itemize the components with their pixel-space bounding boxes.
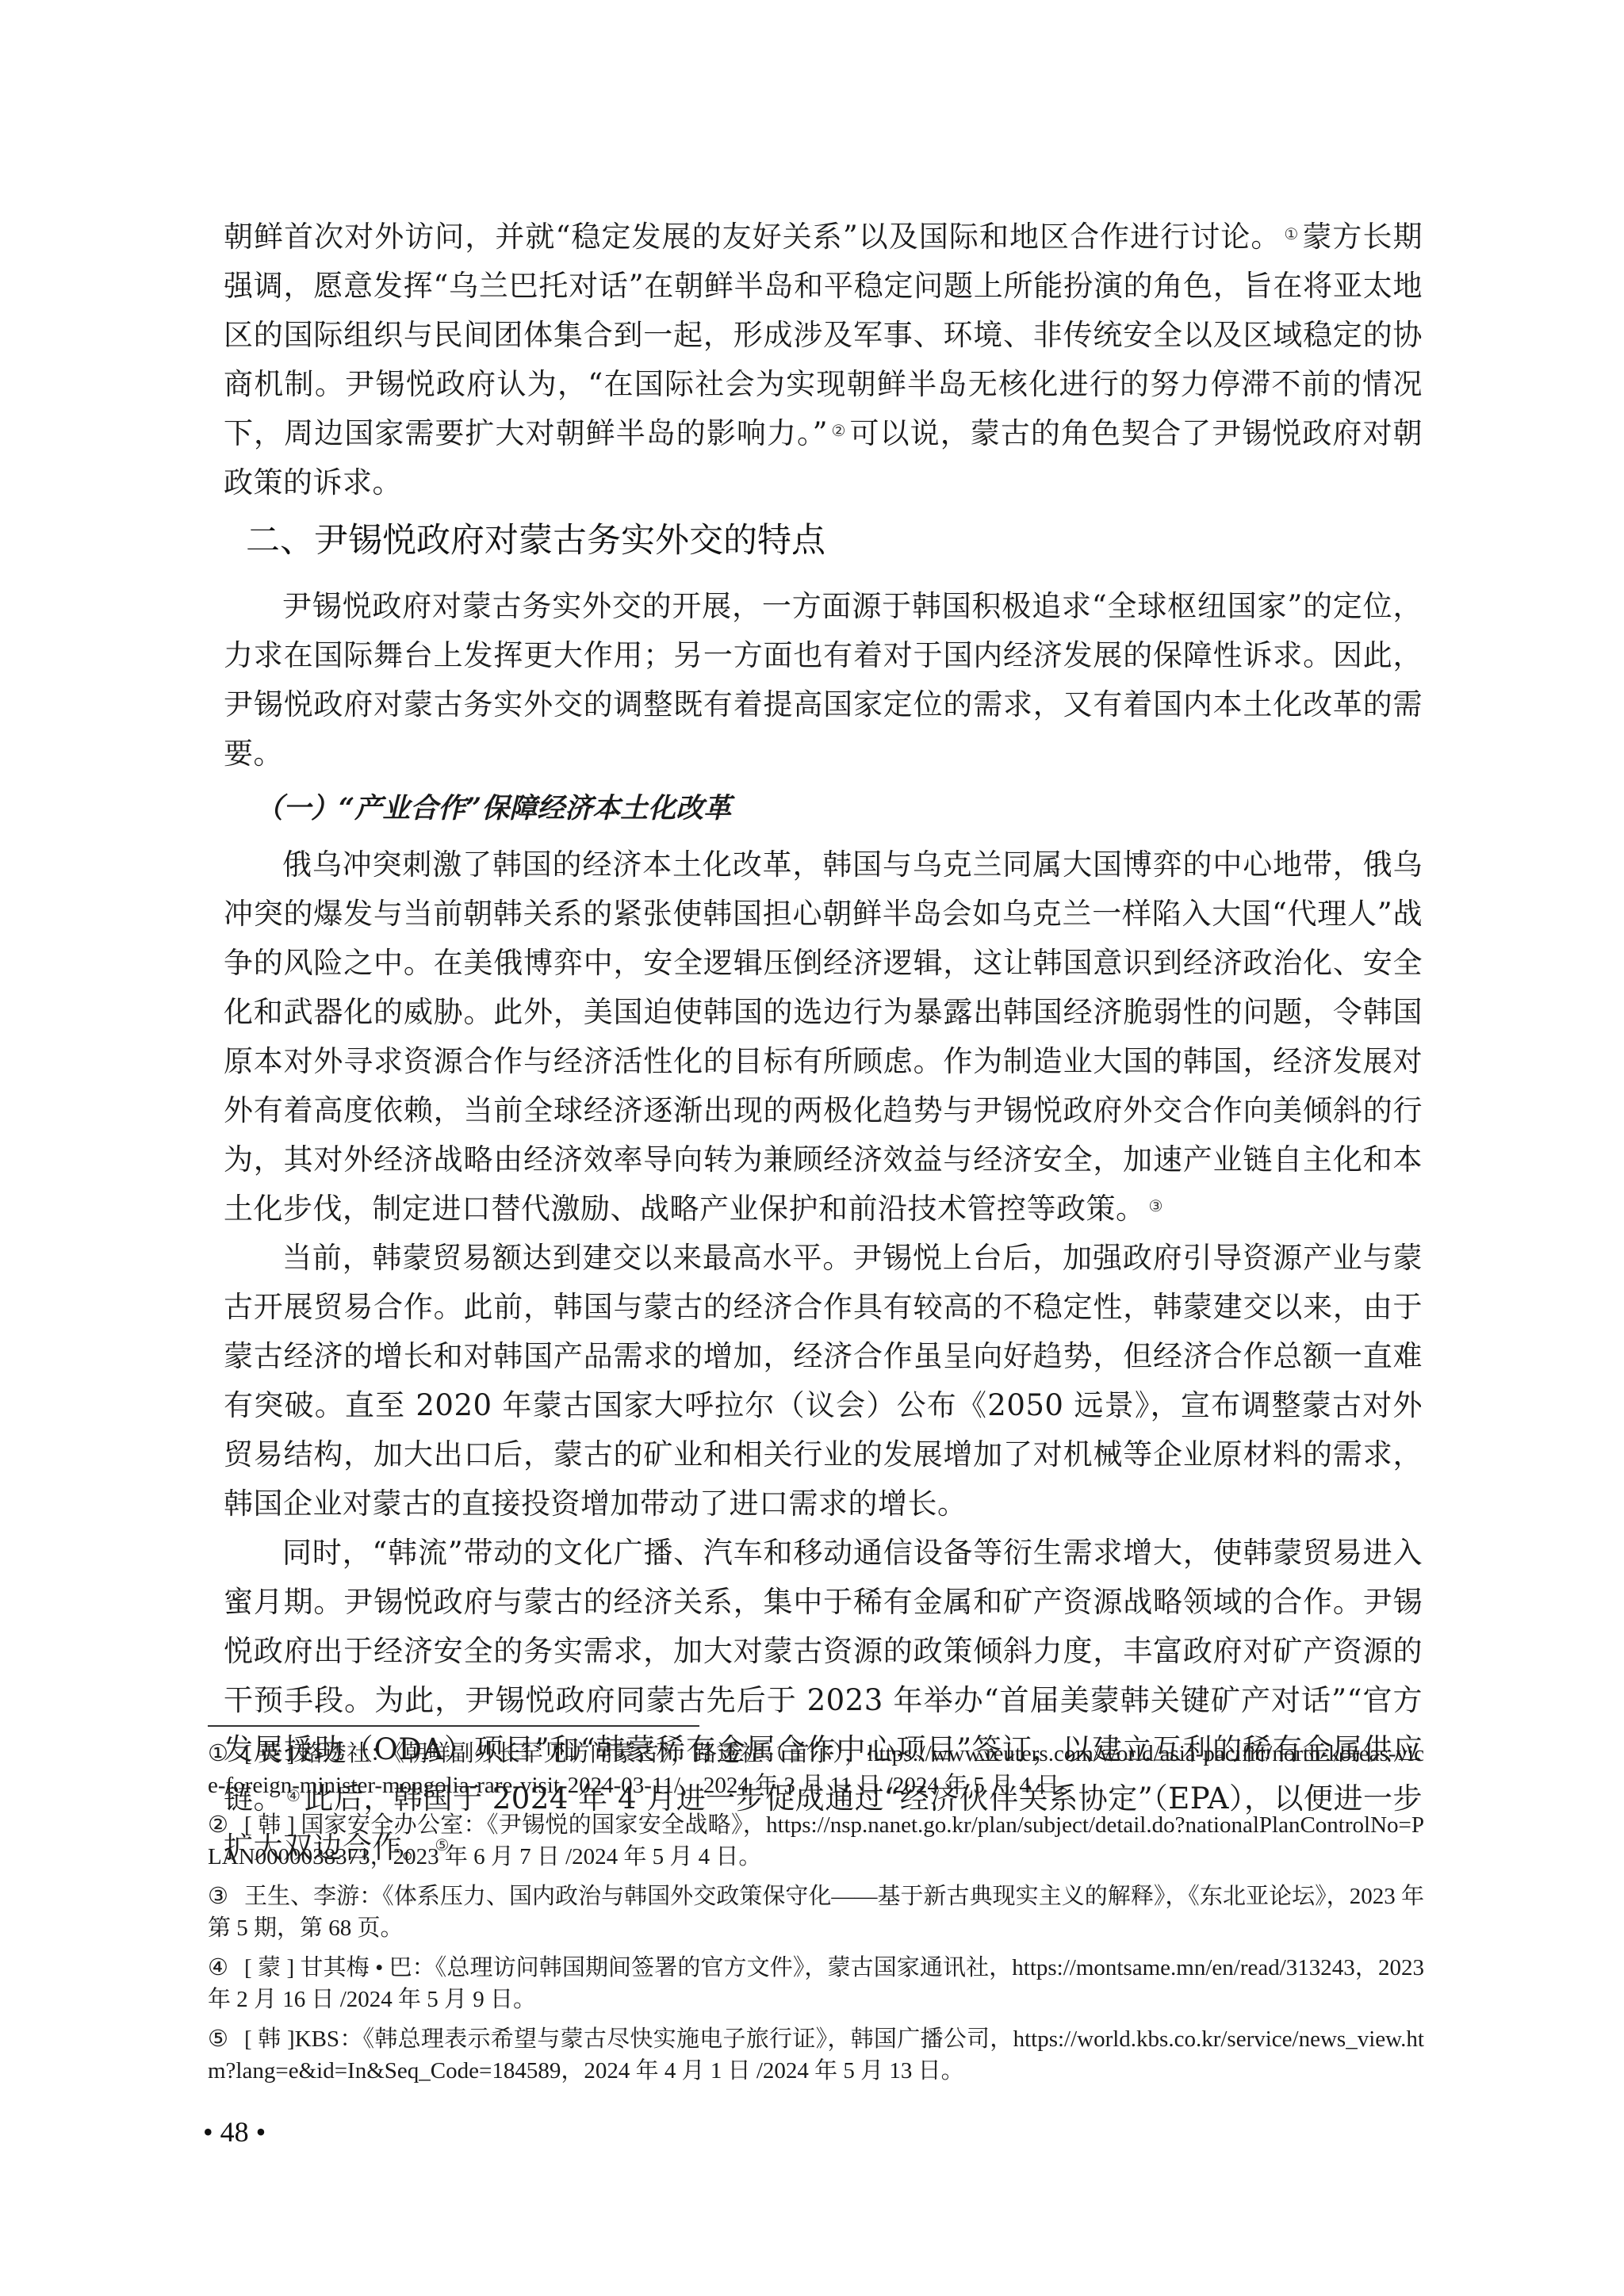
- footnote-ref-2[interactable]: ②: [831, 421, 847, 440]
- page-number: • 48 •: [203, 2115, 266, 2149]
- footnote-1: ①[ 英 ] 路透社：《朝鲜副外长罕见访问蒙古》，路透社（首尔），https:/…: [208, 1738, 1424, 1801]
- footnote-number: ②: [208, 1809, 244, 1841]
- footnote-divider: [208, 1725, 699, 1727]
- body-paragraph-3: 俄乌冲突刺激了韩国的经济本土化改革，韩国与乌克兰同属大国博弈的中心地带，俄乌冲突…: [224, 840, 1423, 1234]
- paragraph-text: 尹锡悦政府对蒙古务实外交的开展，一方面源于韩国积极追求“全球枢纽国家”的定位，力…: [224, 589, 1423, 771]
- section-title: 二、尹锡悦政府对蒙古务实外交的特点: [224, 517, 1423, 564]
- footnote-number: ④: [208, 1952, 244, 1984]
- footnote-ref-1[interactable]: ①: [1284, 224, 1299, 243]
- footnote-number: ①: [208, 1738, 244, 1770]
- body-paragraph-2: 尹锡悦政府对蒙古务实外交的开展，一方面源于韩国积极追求“全球枢纽国家”的定位，力…: [224, 582, 1423, 779]
- subsection-title: （一）“产业合作”保障经济本土化改革: [224, 785, 1423, 832]
- footnote-3: ③王生、李游：《体系压力、国内政治与韩国外交政策保守化——基于新古典现实主义的解…: [208, 1881, 1424, 1944]
- footnote-ref-3[interactable]: ③: [1149, 1196, 1163, 1215]
- paragraph-text: 俄乌冲突刺激了韩国的经济本土化改革，韩国与乌克兰同属大国博弈的中心地带，俄乌冲突…: [224, 848, 1423, 1226]
- footnote-5: ⑤[ 韩 ]KBS：《韩总理表示希望与蒙古尽快实施电子旅行证》，韩国广播公司，h…: [208, 2023, 1424, 2087]
- footnotes-section: ①[ 英 ] 路透社：《朝鲜副外长罕见访问蒙古》，路透社（首尔），https:/…: [208, 1738, 1424, 2095]
- footnote-text[interactable]: [ 韩 ] 国家安全办公室：《尹锡悦的国家安全战略》，https://nsp.n…: [208, 1812, 1424, 1869]
- footnote-2: ②[ 韩 ] 国家安全办公室：《尹锡悦的国家安全战略》，https://nsp.…: [208, 1809, 1424, 1873]
- footnote-number: ⑤: [208, 2023, 244, 2055]
- footnote-text[interactable]: [ 韩 ]KBS：《韩总理表示希望与蒙古尽快实施电子旅行证》，韩国广播公司，ht…: [208, 2026, 1424, 2084]
- footnote-number: ③: [208, 1881, 244, 1912]
- footnote-text[interactable]: [ 蒙 ] 甘其梅 • 巴：《总理访问韩国期间签署的官方文件》，蒙古国家通讯社，…: [208, 1955, 1424, 2012]
- body-paragraph-4: 当前，韩蒙贸易额达到建交以来最高水平。尹锡悦上台后，加强政府引导资源产业与蒙古开…: [224, 1234, 1423, 1529]
- paragraph-text: 朝鲜首次对外访问，并就“稳定发展的友好关系”以及国际和地区合作进行讨论。: [224, 220, 1281, 254]
- paragraph-text: 当前，韩蒙贸易额达到建交以来最高水平。尹锡悦上台后，加强政府引导资源产业与蒙古开…: [224, 1241, 1423, 1521]
- document-page: 朝鲜首次对外访问，并就“稳定发展的友好关系”以及国际和地区合作进行讨论。①蒙方长…: [224, 212, 1423, 1873]
- footnote-text[interactable]: [ 英 ] 路透社：《朝鲜副外长罕见访问蒙古》，路透社（首尔），https://…: [208, 1741, 1424, 1798]
- footnote-4: ④[ 蒙 ] 甘其梅 • 巴：《总理访问韩国期间签署的官方文件》，蒙古国家通讯社…: [208, 1952, 1424, 2015]
- footnote-text: 王生、李游：《体系压力、国内政治与韩国外交政策保守化——基于新古典现实主义的解释…: [208, 1884, 1424, 1941]
- body-paragraph-1: 朝鲜首次对外访问，并就“稳定发展的友好关系”以及国际和地区合作进行讨论。①蒙方长…: [224, 212, 1423, 507]
